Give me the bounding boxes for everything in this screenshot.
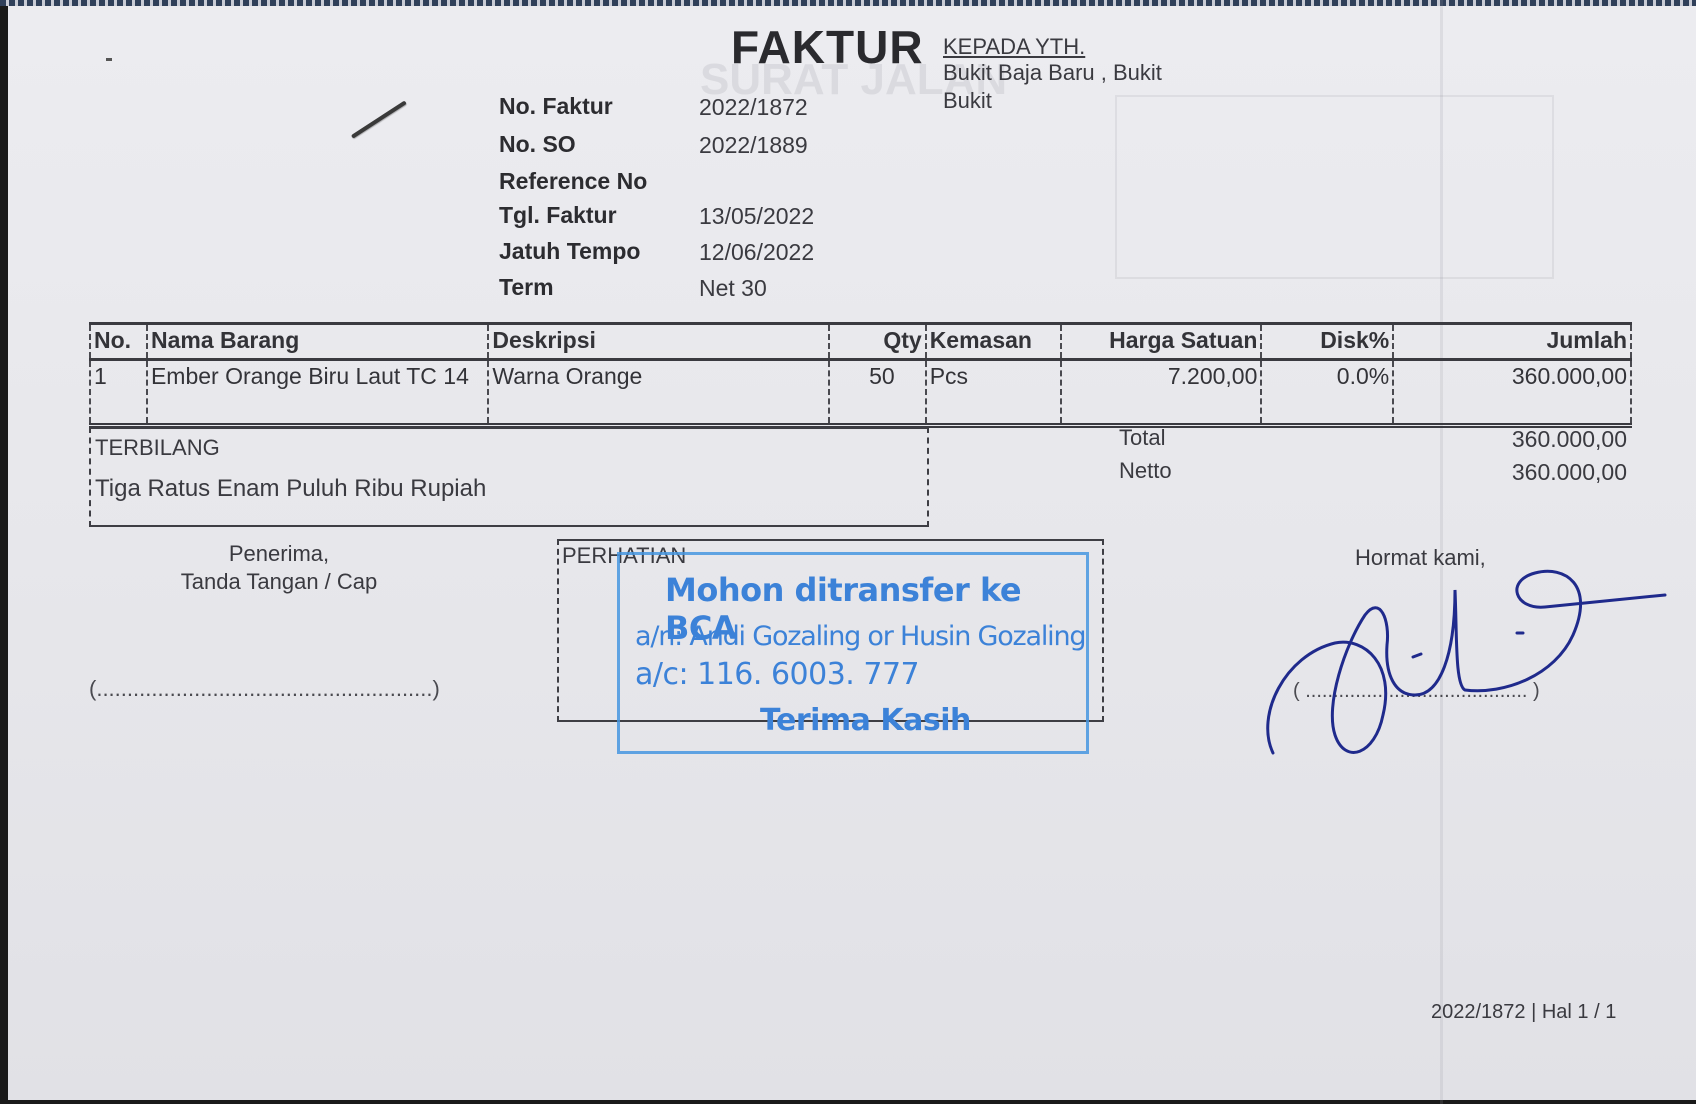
terbilang-label: TERBILANG — [95, 435, 220, 461]
recipient-address-line2: Bukit — [943, 88, 992, 114]
info-value-no-faktur: 2022/1872 — [699, 94, 808, 121]
page-footer: 2022/1872 | Hal 1 / 1 — [1431, 1001, 1616, 1024]
col-header-no: No. — [90, 324, 147, 360]
cell-harga-satuan: 7.200,00 — [1061, 360, 1262, 426]
cell-kemasan: Pcs — [926, 360, 1061, 426]
stamp-line-account-name: a/n: Andi Gozaling or Husin Gozaling — [635, 621, 1085, 652]
receiver-sign-instruction: Tanda Tangan / Cap — [181, 569, 378, 595]
netto-value: 360.000,00 — [1512, 459, 1627, 486]
info-value-tgl-faktur: 13/05/2022 — [699, 203, 814, 230]
cell-nama-barang: Ember Orange Biru Laut TC 14 — [147, 360, 488, 426]
info-value-no-so: 2022/1889 — [699, 132, 808, 159]
ink-mark — [106, 58, 112, 61]
col-header-kemasan: Kemasan — [926, 324, 1061, 360]
col-header-disk: Disk% — [1261, 324, 1393, 360]
table-row: 1 Ember Orange Biru Laut TC 14 Warna Ora… — [90, 360, 1631, 426]
items-table: No. Nama Barang Deskripsi Qty Kemasan Ha… — [89, 322, 1632, 428]
info-label-jatuh-tempo: Jatuh Tempo — [499, 238, 640, 265]
info-value-term: Net 30 — [699, 275, 767, 302]
info-value-jatuh-tempo: 12/06/2022 — [699, 239, 814, 266]
document-title: FAKTUR — [731, 20, 924, 74]
col-header-qty: Qty — [829, 324, 926, 360]
stamp-line-account-number: a/c: 116. 6003. 777 — [635, 657, 919, 692]
cell-qty: 50 — [829, 360, 926, 426]
recipient-heading: KEPADA YTH. — [943, 34, 1085, 60]
info-label-no-faktur: No. Faktur — [499, 93, 613, 120]
receiver-signature-line: (.......................................… — [89, 676, 440, 702]
terbilang-text: Tiga Ratus Enam Puluh Ribu Rupiah — [95, 475, 486, 503]
cell-disk: 0.0% — [1261, 360, 1393, 426]
cell-jumlah: 360.000,00 — [1393, 360, 1631, 426]
col-header-deskripsi: Deskripsi — [488, 324, 828, 360]
col-header-harga-satuan: Harga Satuan — [1061, 324, 1262, 360]
table-header-row: No. Nama Barang Deskripsi Qty Kemasan Ha… — [90, 324, 1631, 360]
recipient-address-line1: Bukit Baja Baru , Bukit — [943, 60, 1162, 86]
handwritten-signature-icon — [1255, 565, 1675, 765]
cell-deskripsi: Warna Orange — [488, 360, 828, 426]
info-label-term: Term — [499, 274, 554, 301]
cell-no: 1 — [90, 360, 147, 426]
info-label-no-so: No. SO — [499, 131, 576, 158]
ghost-show-through-box — [1115, 95, 1554, 279]
info-label-reference-no: Reference No — [499, 168, 647, 195]
total-value: 360.000,00 — [1512, 426, 1627, 453]
stamp-line-thanks: Terima Kasih — [760, 703, 971, 738]
col-header-nama-barang: Nama Barang — [147, 324, 488, 360]
netto-label: Netto — [1119, 458, 1172, 484]
total-label: Total — [1119, 425, 1165, 451]
receiver-label: Penerima, — [229, 541, 329, 567]
info-label-tgl-faktur: Tgl. Faktur — [499, 202, 617, 229]
col-header-jumlah: Jumlah — [1393, 324, 1631, 360]
terbilang-box: TERBILANG Tiga Ratus Enam Puluh Ribu Rup… — [89, 427, 929, 527]
bank-transfer-stamp: Mohon ditransfer ke BCA a/n: Andi Gozali… — [617, 552, 1089, 754]
